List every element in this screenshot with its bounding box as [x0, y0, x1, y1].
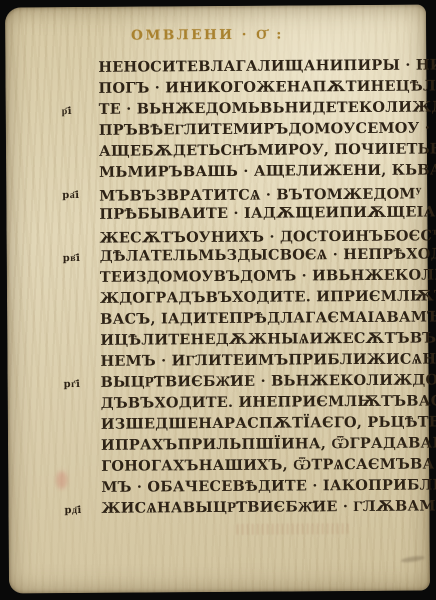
margin-section-number: р҃і — [62, 101, 73, 122]
text-run: ЖИСѦНАВЫЦР҃ТВИЄБЖ҃ИЕ — [101, 498, 337, 517]
text-run: ВЫЦР҃ТВИЄБЖ҃ИЕ — [101, 373, 256, 391]
manuscript-line: ГОНОГАХЪНАШИХЪ, ѾТРѦСАЄМЪВА — [101, 453, 436, 477]
manuscript-line: ТЕИЗДОМОУВЪДОМЪ · ИВЬНЖЕКОЛИ — [100, 264, 436, 288]
manuscript-line: рг҃іВЫЦР҃ТВИЄБЖ҃ИЕ · ВЬНЖЕКОЛИЖДОГРА — [101, 369, 436, 393]
text-run: ИЦѢЛИТЕНЕДѪЖНЫѦИЖЕСѪТЪВЪ — [100, 329, 436, 348]
text-run: ПРѢБЫВАИТЕ · ІАДѪЩЕИПИѪЩЕІА — [99, 203, 435, 222]
text-run: т — [432, 227, 436, 237]
manuscript-line: МЪ · ОБАЧЕСЕВѢДИТЕ · ІАКОПРИБЛИ — [101, 474, 436, 498]
text-run: ИЗШЕДШЕНАРАСПѪТЇАЄГО, РЬЦѢТЕ · — [101, 413, 436, 432]
manuscript-line: ИПРАХЪПРИЛЬПШЇИНА, ѾГРАДАВАШЕ — [101, 432, 436, 456]
manuscript-line: ра҃іМЪВЪЗВРАТИТСѦ · ВЪТОМЖЕДОМу — [99, 180, 436, 204]
text-run: ТЕ · ВЬНЖЕДОМЬВЬНИДЕТЕКОЛИЖДО · — [99, 98, 436, 118]
text-run: ПОГЪ · ИНИКОГОЖЕНАПѪТИНЕЦѢЛОУИ — [98, 77, 436, 97]
text-run: ГОНОГАХЪНАШИХЪ, ѾТРѦСАЄМЪВА — [101, 455, 434, 474]
text-run: ТЕИЗДОМОУВЪДОМЪ · ИВЬНЖЕКОЛИ — [100, 266, 436, 285]
text-run: МЪ · ОБАЧЕСЕВѢДИТЕ · ІАКОПРИБЛИ — [101, 476, 436, 495]
text-run: ДѢЛАТЕЛЬМЬЗДЫСВОЄѦ — [100, 246, 328, 265]
manuscript-page: ОМВЛЕНИ · О҃ : НЕНОСИТЕВЛАГАЛИЩАНИПИРЫ ·… — [5, 5, 430, 594]
manuscript-line: ИЗШЕДШЕНАРАСПѪТЇАЄГО, РЬЦѢТЕ · — [101, 411, 436, 435]
text-run: НЕМЪ · ИГ҃ЛИТЕИМЪПРИБЛИЖИСѦНА — [100, 350, 436, 369]
margin-smudge — [56, 471, 67, 489]
text-run: ВЬНЖЕКОЛИЖДОГРА — [271, 371, 436, 389]
manuscript-line: ПОГЪ · ИНИКОГОЖЕНАПѪТИНЕЦѢЛОУИ — [98, 75, 436, 99]
manuscript-line: МЬМИРЪВАШЬ · АЩЕЛИЖЕНИ, КЬВА — [99, 159, 436, 183]
text-block: НЕНОСИТЕВЛАГАЛИЩАНИПИРЫ · НИСАПОГЪ · ИНИ… — [98, 54, 436, 519]
corner-scribble — [401, 555, 425, 563]
manuscript-line: ВАСЪ, ІАДИТЕПРѢДЛАГАЄМАІАВАМЪ · — [100, 306, 436, 330]
manuscript-line: рд҃іЖИСѦНАВЫЦР҃ТВИЄБЖ҃ИЕ · Г҃ЛѪВАМЬ · — [101, 495, 436, 519]
text-run: МЬМИРЪВАШЬ · АЩЕЛИЖЕНИ, КЬВА — [99, 161, 436, 180]
text-run: · — [338, 498, 354, 515]
manuscript-line: ИЦѢЛИТЕНЕДѪЖНЫѦИЖЕСѪТЪВЪ — [100, 327, 436, 351]
text-run: у — [416, 186, 422, 196]
text-run: ИПРАХЪПРИЛЬПШЇИНА, ѾГРАДАВАШЕ — [101, 434, 436, 454]
text-run: НЕНОСИТЕВЛАГАЛИЩАНИПИРЫ · НИСА — [98, 56, 436, 76]
manuscript-line: ЖЕСѪТЪОУНИХЪ · ДОСТОИНЪБОЄСтЪ — [99, 222, 436, 246]
manuscript-line: ЖДОГРАДЪВЪХОДИТЕ. ИПРИЄМЛѬТЪ — [100, 285, 436, 309]
manuscript-line: ДЪВЪХОДИТЕ. ИНЕПРИЄМЛѬТЪВАСЪ, — [101, 390, 436, 414]
manuscript-line: ПРЪВѢЕГ҃ЛИТЕМИРЪДОМОУСЕМОУ · И — [99, 117, 436, 141]
margin-section-number: ра҃і — [62, 185, 79, 206]
text-run: АЩЕБѪДЕТЬСН҃ЪМИРОУ, ПОЧИІЕТЬНАНЕ — [99, 140, 436, 160]
text-run: · — [255, 373, 271, 390]
manuscript-line: НЕМЪ · ИГ҃ЛИТЕИМЪПРИБЛИЖИСѦНА — [100, 348, 436, 372]
text-run: ВАСЪ, ІАДИТЕПРѢДЛАГАЄМАІАВАМЪ · — [100, 308, 436, 327]
photo-background: ОМВЛЕНИ · О҃ : НЕНОСИТЕВЛАГАЛИЩАНИПИРЫ ·… — [0, 0, 436, 600]
manuscript-line: НЕНОСИТЕВЛАГАЛИЩАНИПИРЫ · НИСА — [98, 54, 436, 78]
manuscript-line: рв҃іДѢЛАТЕЛЬМЬЗДЫСВОЄѦ · НЕПРѢХОДИ — [100, 243, 436, 267]
text-run: · — [327, 246, 343, 263]
rubric-header: ОМВЛЕНИ · О҃ : — [131, 27, 284, 44]
text-run: ПРЪВѢЕГ҃ЛИТЕМИРЪДОМОУСЕМОУ · И — [99, 119, 436, 138]
margin-section-number: рд҃і — [64, 500, 82, 521]
text-run: НЕПРѢХОДИ — [343, 245, 436, 263]
margin-section-number: рв҃і — [63, 248, 81, 269]
text-run: Г҃ЛѪВАМЬ · — [353, 497, 436, 515]
margin-section-number: рг҃і — [64, 374, 81, 395]
manuscript-line: р҃іТЕ · ВЬНЖЕДОМЬВЬНИДЕТЕКОЛИЖДО · — [99, 96, 436, 120]
text-run: ЖДОГРАДЪВЪХОДИТЕ. ИПРИЄМЛѬТЪ — [100, 287, 436, 307]
text-run: ДЪВЪХОДИТЕ. ИНЕПРИЄМЛѬТЪВАСЪ, — [101, 392, 436, 412]
manuscript-line: АЩЕБѪДЕТЬСН҃ЪМИРОУ, ПОЧИІЕТЬНАНЕ — [99, 138, 436, 162]
ink-showthrough — [237, 523, 349, 535]
manuscript-line: ПРѢБЫВАИТЕ · ІАДѪЩЕИПИѪЩЕІА — [99, 201, 436, 225]
